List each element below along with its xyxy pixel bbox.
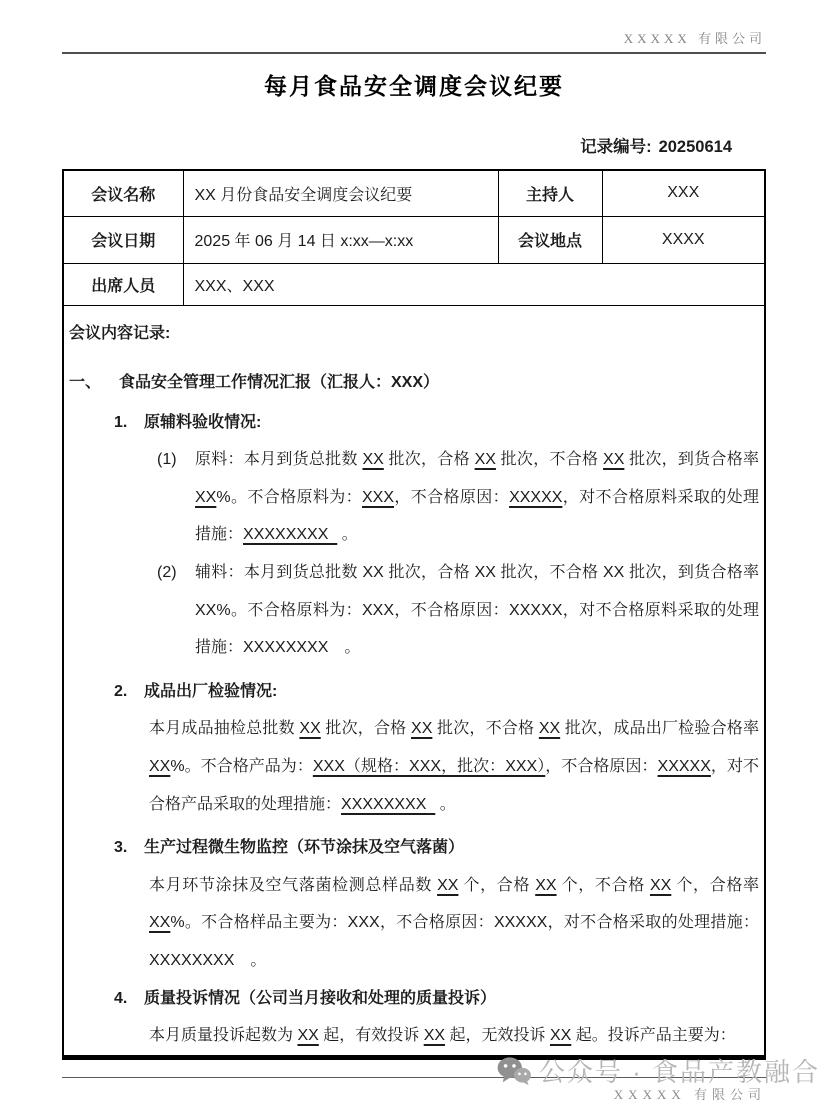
item-4-heading: 4.质量投诉情况（公司当月接收和处理的质量投诉） bbox=[114, 980, 759, 1018]
watermark-text: 公众号 · 食品产教融合 bbox=[539, 1052, 820, 1089]
attendees-value: XXX、XXX bbox=[183, 263, 765, 305]
date-label: 会议日期 bbox=[63, 216, 183, 263]
item-2-title: 成品出厂检验情况: bbox=[144, 683, 277, 700]
record-number-value: 20250614 bbox=[659, 138, 732, 156]
item-3-number: 3. bbox=[114, 829, 144, 867]
section-1-title: 食品安全管理工作情况汇报（汇报人：XXX） bbox=[119, 374, 439, 391]
meeting-content-cell: 会议内容记录: 一、食品安全管理工作情况汇报（汇报人：XXX） 1.原辅料验收情… bbox=[63, 305, 765, 1057]
item-1-title: 原辅料验收情况: bbox=[144, 414, 261, 431]
item-3-heading: 3.生产过程微生物监控（环节涂抹及空气落菌） bbox=[114, 829, 759, 867]
item-1-number: 1. bbox=[114, 404, 144, 442]
record-number: 记录编号:20250614 bbox=[62, 133, 766, 157]
item-4-body: 本月质量投诉起数为 XX 起，有效投诉 XX 起，无效投诉 XX 起。投诉产品主… bbox=[149, 1017, 759, 1055]
item-1-sub-2-number: (2) bbox=[157, 554, 195, 667]
content-heading: 会议内容记录: bbox=[69, 315, 759, 353]
item-2-number: 2. bbox=[114, 673, 144, 711]
item-2-body: 本月成品抽检总批数 XX 批次，合格 XX 批次，不合格 XX 批次，成品出厂检… bbox=[149, 710, 759, 823]
record-number-label: 记录编号: bbox=[580, 138, 652, 156]
host-label: 主持人 bbox=[498, 170, 602, 216]
item-1: 1.原辅料验收情况: (1) 原料：本月到货总批数 XX 批次，合格 XX 批次… bbox=[69, 404, 759, 667]
table-row-meeting-name: 会议名称 XX 月份食品安全调度会议纪要 主持人 XXX bbox=[63, 170, 765, 216]
item-1-sub-1: (1) 原料：本月到货总批数 XX 批次，合格 XX 批次，不合格 XX 批次，… bbox=[157, 441, 759, 554]
item-2: 2.成品出厂检验情况: 本月成品抽检总批数 XX 批次，合格 XX 批次，不合格… bbox=[69, 673, 759, 823]
item-1-sub-2: (2) 辅料：本月到货总批数 XX 批次，合格 XX 批次，不合格 XX 批次，… bbox=[157, 554, 759, 667]
page-header: XXXXX 有限公司 bbox=[62, 0, 766, 54]
watermark: 公众号 · 食品产教融合 bbox=[497, 1052, 820, 1089]
table-row-attendees: 出席人员 XXX、XXX bbox=[63, 263, 765, 305]
header-company-name: XXXXX 有限公司 bbox=[624, 31, 766, 46]
item-1-sub-1-number: (1) bbox=[157, 441, 195, 554]
item-1-sub-2-text: 辅料：本月到货总批数 XX 批次，合格 XX 批次，不合格 XX 批次，到货合格… bbox=[195, 554, 759, 667]
meeting-info-table: 会议名称 XX 月份食品安全调度会议纪要 主持人 XXX 会议日期 2025 年… bbox=[62, 169, 766, 1060]
date-value: 2025 年 06 月 14 日 x:xx—x:xx bbox=[183, 216, 498, 263]
item-4-number: 4. bbox=[114, 980, 144, 1018]
document-title: 每月食品安全调度会议纪要 bbox=[0, 68, 828, 101]
host-value: XXX bbox=[602, 170, 765, 216]
meeting-name-label: 会议名称 bbox=[63, 170, 183, 216]
location-value: XXXX bbox=[602, 216, 765, 263]
item-4-title: 质量投诉情况（公司当月接收和处理的质量投诉） bbox=[144, 990, 496, 1007]
item-3-body: 本月环节涂抹及空气落菌检测总样品数 XX 个，合格 XX 个，不合格 XX 个，… bbox=[149, 867, 759, 980]
item-2-heading: 2.成品出厂检验情况: bbox=[114, 673, 759, 711]
meeting-name-value: XX 月份食品安全调度会议纪要 bbox=[183, 170, 498, 216]
item-4: 4.质量投诉情况（公司当月接收和处理的质量投诉） 本月质量投诉起数为 XX 起，… bbox=[69, 980, 759, 1055]
wechat-icon bbox=[497, 1056, 531, 1086]
meeting-notes: 会议内容记录: 一、食品安全管理工作情况汇报（汇报人：XXX） 1.原辅料验收情… bbox=[69, 315, 759, 1055]
item-1-heading: 1.原辅料验收情况: bbox=[114, 404, 759, 442]
section-1-heading: 一、食品安全管理工作情况汇报（汇报人：XXX） bbox=[69, 364, 759, 402]
item-3-title: 生产过程微生物监控（环节涂抹及空气落菌） bbox=[144, 839, 464, 856]
table-row-content: 会议内容记录: 一、食品安全管理工作情况汇报（汇报人：XXX） 1.原辅料验收情… bbox=[63, 305, 765, 1057]
document-page: XXXXX 有限公司 每月食品安全调度会议纪要 记录编号:20250614 会议… bbox=[0, 0, 828, 1106]
location-label: 会议地点 bbox=[498, 216, 602, 263]
item-3: 3.生产过程微生物监控（环节涂抹及空气落菌） 本月环节涂抹及空气落菌检测总样品数… bbox=[69, 829, 759, 979]
attendees-label: 出席人员 bbox=[63, 263, 183, 305]
table-row-meeting-date: 会议日期 2025 年 06 月 14 日 x:xx—x:xx 会议地点 XXX… bbox=[63, 216, 765, 263]
item-1-sub-1-text: 原料：本月到货总批数 XX 批次，合格 XX 批次，不合格 XX 批次，到货合格… bbox=[195, 441, 759, 554]
section-1-number: 一、 bbox=[69, 364, 119, 402]
